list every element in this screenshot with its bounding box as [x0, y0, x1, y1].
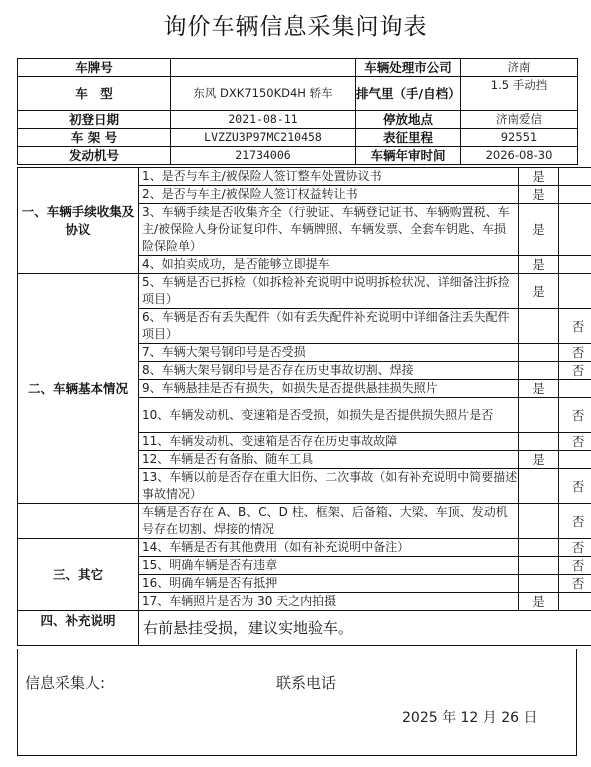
question: 4、如拍卖成功，是否能够立即提车	[139, 256, 519, 274]
answer-yes	[519, 504, 559, 539]
company-value: 济南	[461, 59, 578, 77]
question: 11、车辆发动机、变速箱是否存在历史事故故障	[139, 433, 519, 451]
displacement-value: 1.5 手动挡	[461, 77, 578, 111]
answer-yes	[519, 433, 559, 451]
plate-value	[171, 59, 356, 77]
answer-no: 否	[559, 504, 591, 539]
question: 12、车辆是否有备胎、随车工具	[139, 451, 519, 469]
location-value: 济南爱信	[461, 111, 578, 129]
reg-date-value: 2021-08-11	[171, 111, 356, 129]
supplement-text: 右前悬挂受损，建议实地验车。	[139, 611, 591, 646]
answer-yes: 是	[519, 186, 559, 204]
section-other: 三、其它	[18, 539, 139, 611]
answer-yes: 是	[519, 204, 559, 256]
answer-no: 否	[559, 398, 591, 433]
inspection-label: 车辆年审时间	[356, 147, 461, 165]
question: 7、车辆大架号钢印号是否受损	[139, 344, 519, 362]
section-procedures: 一、车辆手续收集及协议	[18, 168, 139, 274]
model-value: 东风 DXK7150KD4H 轿车	[171, 77, 356, 111]
answer-no: 否	[559, 557, 591, 575]
question: 14、车辆是否有其他费用（如有补充说明中备注）	[139, 539, 519, 557]
answer-no	[559, 256, 591, 274]
question: 16、明确车辆是否有抵押	[139, 575, 519, 593]
answer-yes	[519, 344, 559, 362]
answer-no	[559, 451, 591, 469]
mileage-label: 表征里程	[356, 129, 461, 147]
question: 15、明确车辆是否有违章	[139, 557, 519, 575]
answer-yes	[519, 309, 559, 344]
answer-yes: 是	[519, 274, 559, 309]
answer-yes	[519, 575, 559, 593]
displacement-label: 排气里（手/自档）	[356, 77, 461, 111]
answer-yes	[519, 362, 559, 380]
vin-label: 车 架 号	[18, 129, 171, 147]
answer-no: 否	[559, 469, 591, 504]
answer-no: 否	[559, 309, 591, 344]
inspection-value: 2026-08-30	[461, 147, 578, 165]
question: 车辆是否存在 A、B、C、D 柱、框架、后备箱、大梁、车顶、发动机号存在切割、焊…	[139, 504, 519, 539]
question: 3、车辆手续是否收集齐全（行驶证、车辆登记证书、车辆购置税、车主/被保险人身份证…	[139, 204, 519, 256]
question: 5、车辆是否已拆检（如拆检补充说明中说明拆检状况、详细备注拆捡项目）	[139, 274, 519, 309]
question: 6、车辆是否有丢失配件（如有丢失配件补充说明中详细备注丢失配件项目）	[139, 309, 519, 344]
vin-value: LVZZU3P97MC210458	[171, 129, 356, 147]
engine-label: 发动机号	[18, 147, 171, 165]
answer-no	[559, 186, 591, 204]
engine-value: 21734006	[171, 147, 356, 165]
reg-date-label: 初登日期	[18, 111, 171, 129]
collector-label: 信息采集人:	[25, 672, 105, 693]
question: 1、是否与车主/被保险人签订整车处置协议书	[139, 168, 519, 186]
question: 17、车辆照片是否为 30 天之内拍摄	[139, 593, 519, 611]
plate-label: 车牌号	[18, 59, 171, 77]
company-label: 车辆处理市公司	[356, 59, 461, 77]
answer-yes	[519, 539, 559, 557]
answer-yes: 是	[519, 451, 559, 469]
phone-label: 联系电话	[276, 672, 336, 693]
location-label: 停放地点	[356, 111, 461, 129]
answer-yes: 是	[519, 168, 559, 186]
section-blank	[18, 504, 139, 539]
answer-no: 否	[559, 362, 591, 380]
vehicle-info-table: 车牌号 车辆处理市公司 济南 车 型 东风 DXK7150KD4H 轿车 排气里…	[17, 58, 578, 165]
answer-yes	[519, 398, 559, 433]
form-date: 2025 年 12 月 26 日	[402, 707, 538, 727]
answer-no	[559, 204, 591, 256]
answer-no: 否	[559, 575, 591, 593]
answer-yes	[519, 469, 559, 504]
answer-no	[559, 380, 591, 398]
question: 2、是否与车主/被保险人签订权益转让书	[139, 186, 519, 204]
answer-yes: 是	[519, 380, 559, 398]
answer-yes: 是	[519, 593, 559, 611]
answer-no	[559, 593, 591, 611]
section-supplement: 四、补充说明	[18, 611, 139, 646]
question: 10、车辆发动机、变速箱是否受损，如损失是否提供损失照片是否	[139, 398, 519, 433]
answer-no	[559, 274, 591, 309]
answer-yes: 是	[519, 256, 559, 274]
question: 9、车辆悬挂是否有损失，如损失是否提供悬挂损失照片	[139, 380, 519, 398]
answer-yes	[519, 557, 559, 575]
answer-no	[559, 168, 591, 186]
checklist-table: 一、车辆手续收集及协议 1、是否与车主/被保险人签订整车处置协议书 是 2、是否…	[17, 167, 591, 646]
question: 8、车辆大架号钢印号是否存在历史事故切割、焊接	[139, 362, 519, 380]
form-title: 询价车辆信息采集问询表	[0, 8, 591, 41]
answer-no: 否	[559, 539, 591, 557]
question: 13、车辆以前是否存在重大旧伤、二次事故（如有补充说明中简要描述事故情况）	[139, 469, 519, 504]
footer-signature-area: 信息采集人: 联系电话 2025 年 12 月 26 日	[17, 649, 577, 756]
answer-no: 否	[559, 433, 591, 451]
answer-no: 否	[559, 344, 591, 362]
section-basic-condition: 二、车辆基本情况	[18, 274, 139, 504]
mileage-value: 92551	[461, 129, 578, 147]
model-label: 车 型	[18, 77, 171, 111]
